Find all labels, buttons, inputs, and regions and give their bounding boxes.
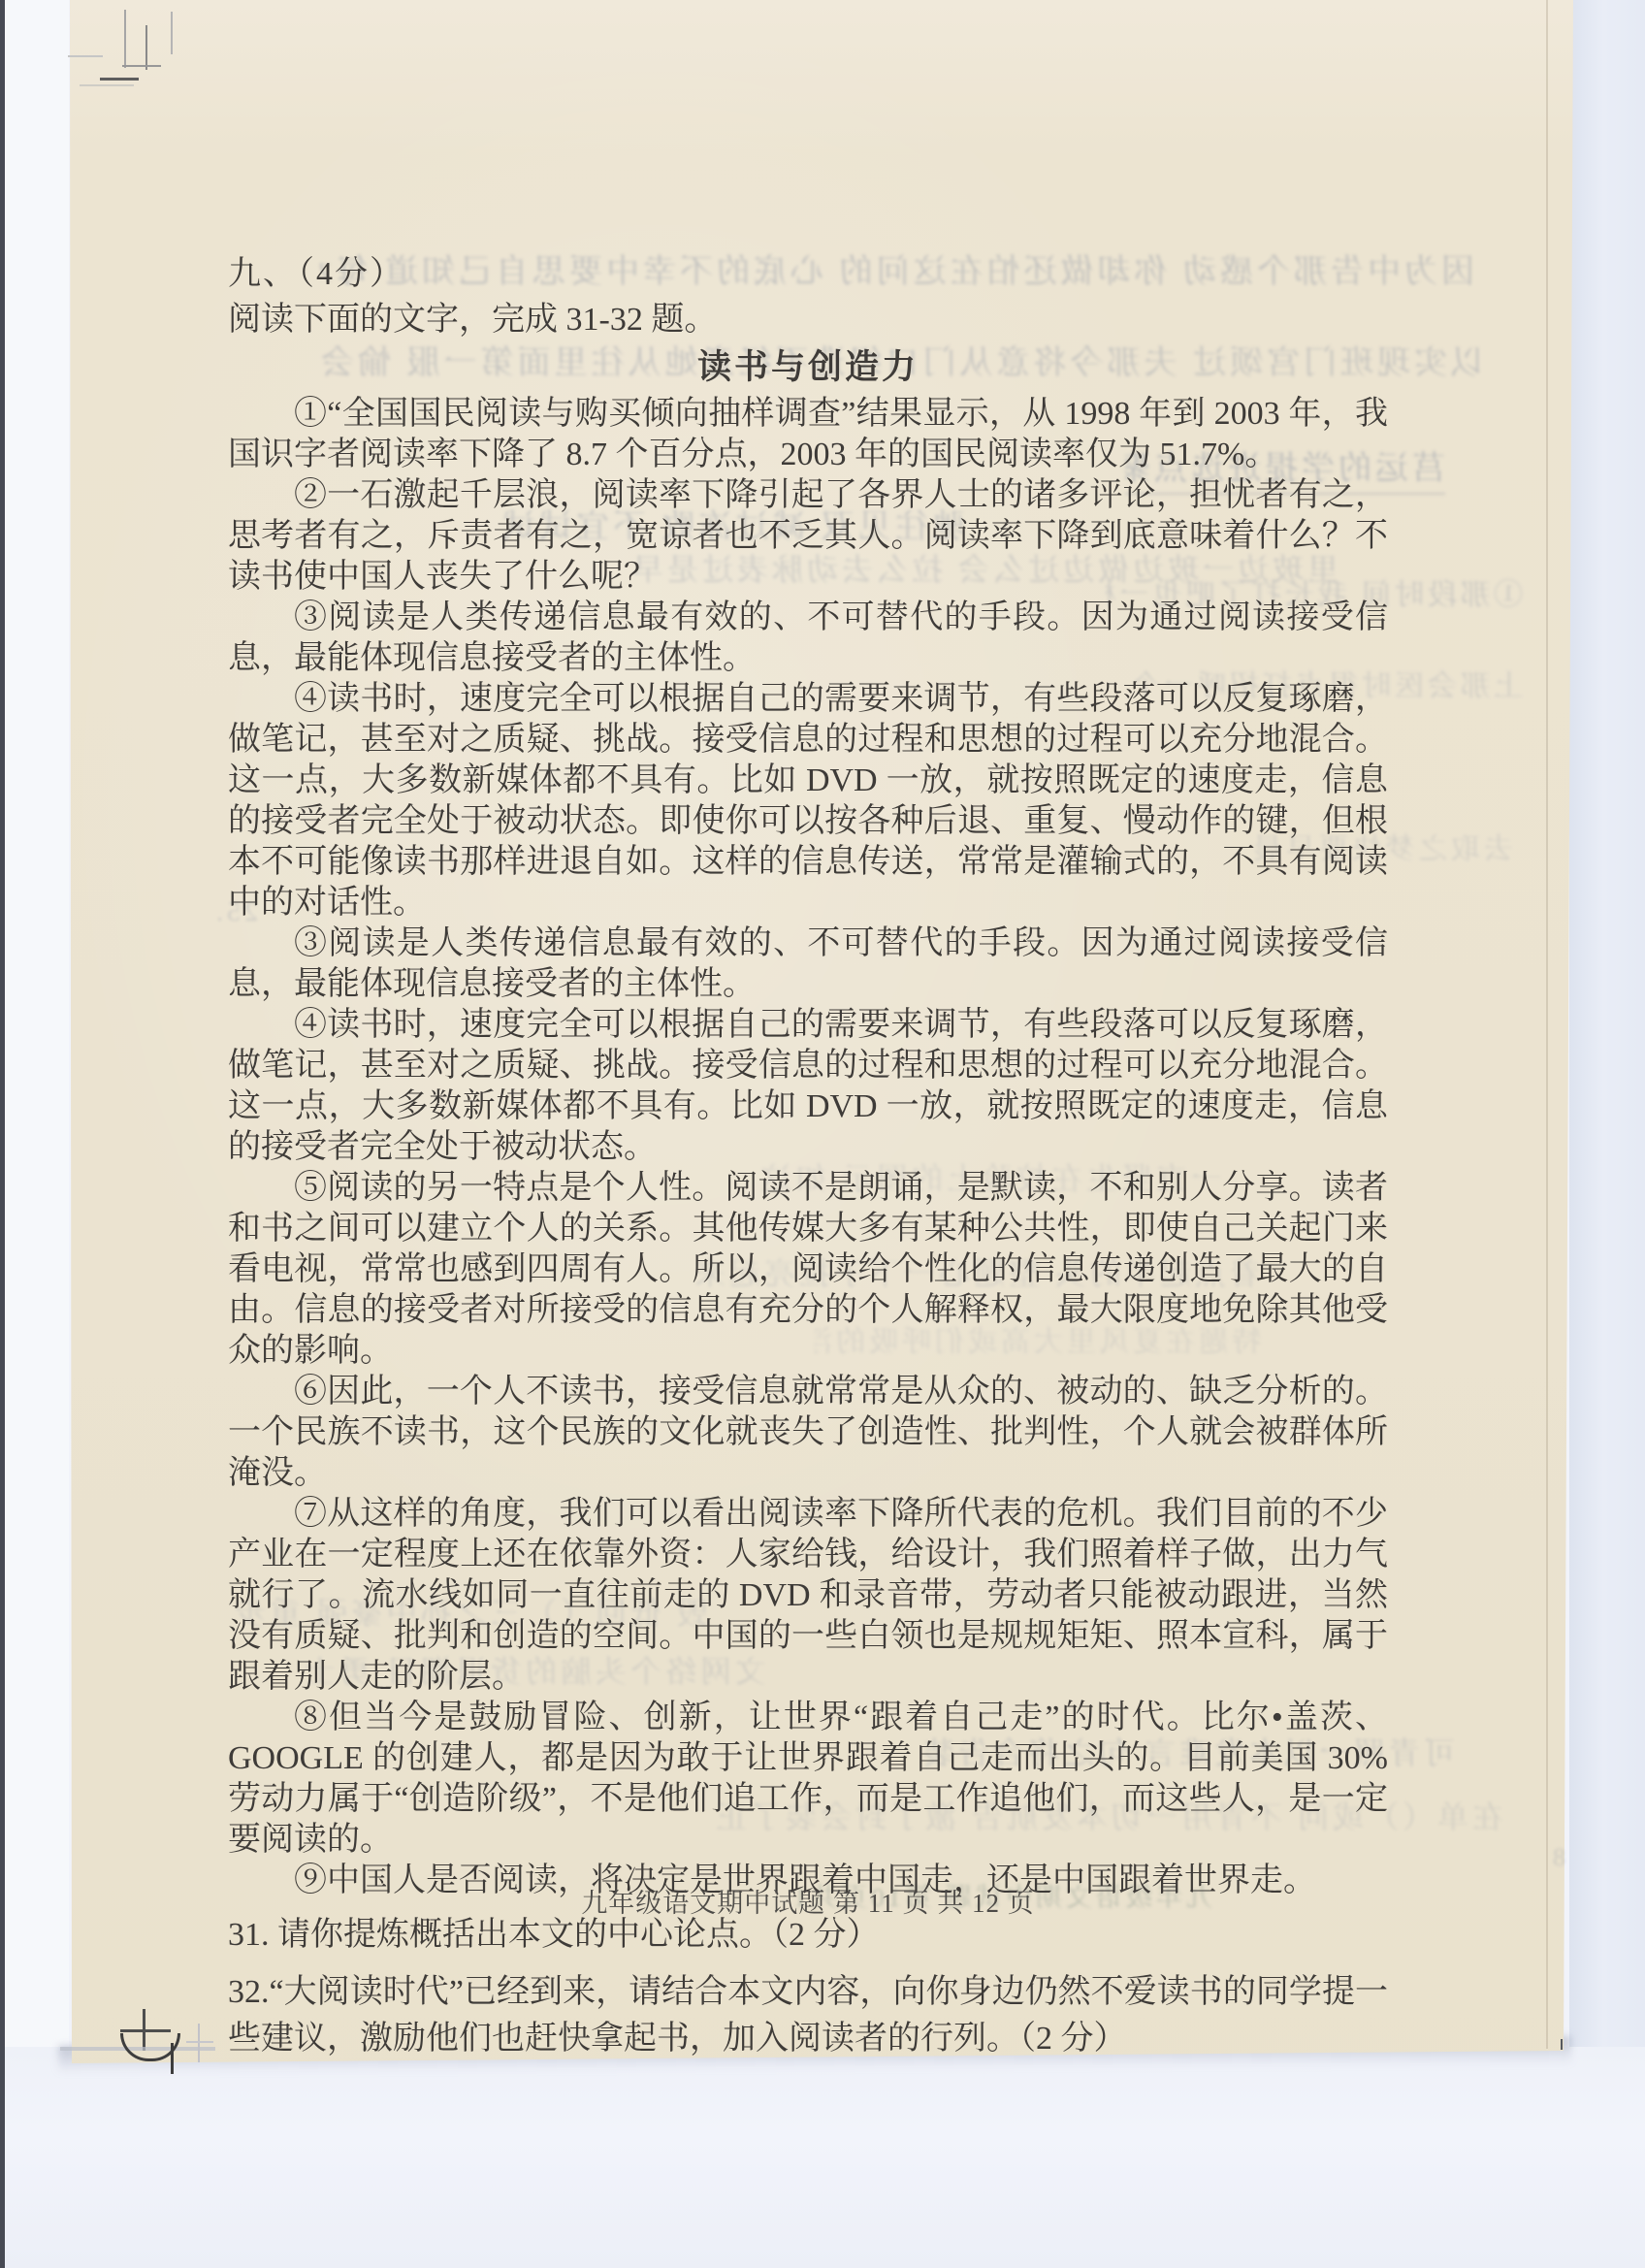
essay-paragraph-5: ⑤阅读的另一特点是个人性。阅读不是朗诵，是默读，不和别人分享。读者和书之间可以建… [228, 1168, 1388, 1372]
pencil-mark [122, 65, 161, 67]
essay-paragraph-6: ⑥因此，一个人不读书，接受信息就常常是从众的、被动的、缺乏分析的。一个民族不读书… [228, 1372, 1388, 1494]
essay-paragraph-4-repeat: ④读书时，速度完全可以根据自己的需要来调节，有些段落可以反复琢磨，做笔记，甚至对… [228, 1005, 1388, 1168]
reading-instruction: 阅读下面的文字，完成 31-32 题。 [228, 300, 1388, 340]
essay-paragraph-3-repeat: ③阅读是人类传递信息最有效的、不可替代的手段。因为通过阅读接受信息，最能体现信息… [228, 923, 1388, 1005]
bleedthrough-number: 8 [1536, 1843, 1565, 1872]
essay-paragraph-7: ⑦从这样的角度，我们可以看出阅读率下降所代表的危机。我们目前的不少产业在一定程度… [228, 1494, 1388, 1698]
pencil-mark [100, 78, 139, 81]
pencil-mark [80, 84, 134, 86]
page-footer: 九年级语文期中试题 第 11 页 共 12 页 [228, 1882, 1388, 1920]
pencil-mark [120, 2029, 171, 2032]
essay-paragraph-8: ⑧但当今是鼓励冒险、创新，让世界“跟着自己走”的时代。比尔•盖茨、GOOGLE … [228, 1698, 1388, 1861]
pencil-mark [145, 25, 147, 70]
scanner-left-margin [5, 0, 69, 2268]
essay-paragraph-2: ②一石激起千层浪，阅读率下降引起了各界人士的诸多评论，担忧者有之，思考者有之，斥… [228, 475, 1388, 598]
paper-corner-tick [1561, 2039, 1563, 2050]
question-32: 32.“大阅读时代”已经到来，请结合本文内容，向你身边仍然不爱读书的同学提一些建… [228, 1969, 1388, 2062]
scanner-right-margin [1569, 0, 1645, 2268]
scanner-bottom-margin [5, 2047, 1645, 2268]
paper-crease-line [1546, 0, 1548, 2049]
essay-paragraph-4: ④读书时，速度完全可以根据自己的需要来调节，有些段落可以反复琢磨，做笔记，甚至对… [228, 679, 1388, 923]
pencil-mark [171, 2043, 174, 2074]
pencil-mark [171, 12, 173, 54]
pencil-mark [186, 2041, 213, 2043]
scanned-exam-page: 因为中告那个感动 你却做还怕在这问的 心底的不幸中要思自己知道 每水 以实现班门… [0, 0, 1645, 2268]
pencil-mark [124, 10, 126, 68]
essay-paragraph-1: ①“全国国民阅读与购买倾向抽样调查”结果显示，从 1998 年到 2003 年，… [228, 394, 1388, 475]
pencil-mark [198, 2024, 200, 2062]
pencil-mark [68, 55, 103, 57]
essay-paragraph-3: ③阅读是人类传递信息最有效的、不可替代的手段。因为通过阅读接受信息，最能体现信息… [228, 598, 1388, 679]
section-header: 九、（4分） [228, 254, 1388, 295]
essay-title: 读书与创造力 [228, 347, 1388, 388]
exam-text-block: 九、（4分） 阅读下面的文字，完成 31-32 题。 读书与创造力 ①“全国国民… [228, 254, 1388, 2062]
